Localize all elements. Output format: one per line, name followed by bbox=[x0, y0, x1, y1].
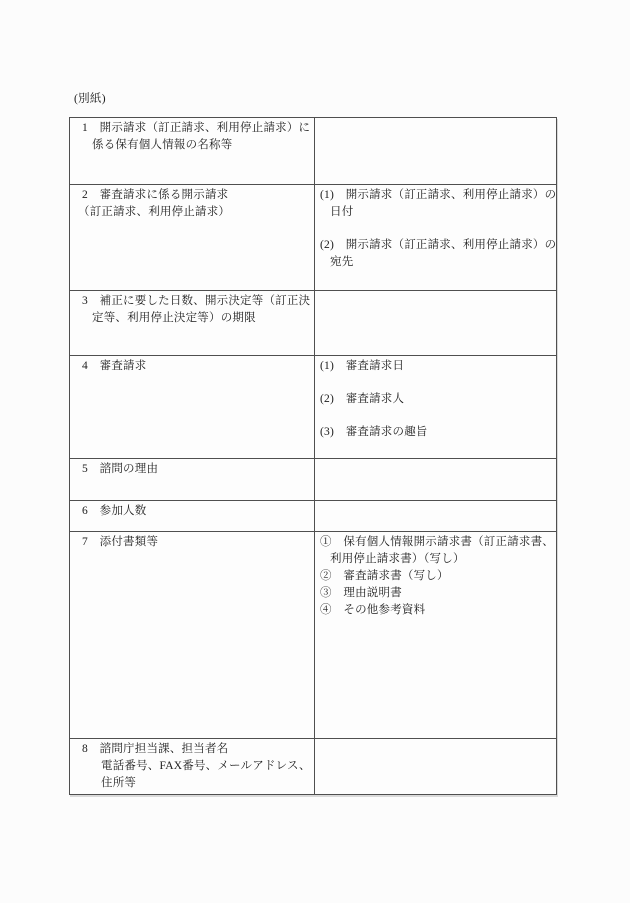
cell-line: (1) 開示請求（訂正請求、利用停止請求）の bbox=[320, 187, 552, 204]
cell-line: 係る保有個人情報の名称等 bbox=[82, 137, 308, 154]
cell-line: 日付 bbox=[320, 204, 552, 221]
value-cell-8 bbox=[315, 739, 557, 795]
cell-line: （訂正請求、利用停止請求） bbox=[78, 204, 308, 221]
cell-line: ② 審査請求書（写し） bbox=[320, 568, 552, 585]
cell-line: 5 諮問の理由 bbox=[82, 461, 308, 478]
item-cell-3: 3 補正に要した日数、開示決定等（訂正決 定等、利用停止決定等）の期限 bbox=[70, 291, 315, 356]
form-table: 1 開示請求（訂正請求、利用停止請求）に 係る保有個人情報の名称等 2 審査請求… bbox=[69, 117, 557, 795]
cell-line: 7 添付書類等 bbox=[82, 534, 308, 551]
cell-line: 2 審査請求に係る開示請求 bbox=[82, 187, 308, 204]
cell-line: 6 参加人数 bbox=[82, 503, 308, 520]
cell-line: 8 諮問庁担当課、担当者名 bbox=[82, 741, 308, 758]
cell-line: ① 保有個人情報開示請求書（訂正請求書、 bbox=[320, 534, 552, 551]
item-cell-5: 5 諮問の理由 bbox=[70, 459, 315, 501]
item-cell-7: 7 添付書類等 bbox=[70, 532, 315, 739]
table-row-5: 5 諮問の理由 bbox=[70, 459, 557, 501]
cell-line: 住所等 bbox=[82, 775, 308, 792]
item-cell-2: 2 審査請求に係る開示請求 （訂正請求、利用停止請求） bbox=[70, 185, 315, 291]
cell-line: (2) 開示請求（訂正請求、利用停止請求）の bbox=[320, 237, 552, 254]
table-row-8: 8 諮問庁担当課、担当者名 電話番号、FAX番号、メールアドレス、 住所等 bbox=[70, 739, 557, 795]
cell-line: 4 審査請求 bbox=[82, 358, 308, 375]
table-row-4: 4 審査請求 (1) 審査請求日 (2) 審査請求人 (3) 審査請求の趣旨 bbox=[70, 356, 557, 459]
cell-line: ④ その他参考資料 bbox=[320, 602, 552, 619]
value-cell-6 bbox=[315, 501, 557, 532]
item-cell-6: 6 参加人数 bbox=[70, 501, 315, 532]
cell-line: 1 開示請求（訂正請求、利用停止請求）に bbox=[82, 120, 308, 137]
value-cell-1 bbox=[315, 118, 557, 185]
cell-line: (3) 審査請求の趣旨 bbox=[320, 424, 552, 441]
value-cell-5 bbox=[315, 459, 557, 501]
value-cell-7: ① 保有個人情報開示請求書（訂正請求書、 利用停止請求書）（写し） ② 審査請求… bbox=[315, 532, 557, 739]
table-row-6: 6 参加人数 bbox=[70, 501, 557, 532]
value-cell-2: (1) 開示請求（訂正請求、利用停止請求）の 日付 (2) 開示請求（訂正請求、… bbox=[315, 185, 557, 291]
cell-line: 宛先 bbox=[320, 254, 552, 271]
cell-line: 電話番号、FAX番号、メールアドレス、 bbox=[82, 758, 308, 775]
item-cell-1: 1 開示請求（訂正請求、利用停止請求）に 係る保有個人情報の名称等 bbox=[70, 118, 315, 185]
attachment-note: (別紙) bbox=[74, 91, 106, 108]
table-row-3: 3 補正に要した日数、開示決定等（訂正決 定等、利用停止決定等）の期限 bbox=[70, 291, 557, 356]
cell-line: (2) 審査請求人 bbox=[320, 391, 552, 408]
value-cell-3 bbox=[315, 291, 557, 356]
cell-line: ③ 理由説明書 bbox=[320, 585, 552, 602]
cell-line: 利用停止請求書）（写し） bbox=[320, 551, 552, 568]
document-page: (別紙) 1 開示請求（訂正請求、利用停止請求）に 係る保有個人情報の名称等 2… bbox=[0, 0, 630, 903]
item-cell-8: 8 諮問庁担当課、担当者名 電話番号、FAX番号、メールアドレス、 住所等 bbox=[70, 739, 315, 795]
table-row-1: 1 開示請求（訂正請求、利用停止請求）に 係る保有個人情報の名称等 bbox=[70, 118, 557, 185]
table-row-2: 2 審査請求に係る開示請求 （訂正請求、利用停止請求） (1) 開示請求（訂正請… bbox=[70, 185, 557, 291]
item-cell-4: 4 審査請求 bbox=[70, 356, 315, 459]
value-cell-4: (1) 審査請求日 (2) 審査請求人 (3) 審査請求の趣旨 bbox=[315, 356, 557, 459]
cell-line: (1) 審査請求日 bbox=[320, 358, 552, 375]
cell-line: 定等、利用停止決定等）の期限 bbox=[82, 310, 308, 327]
cell-line: 3 補正に要した日数、開示決定等（訂正決 bbox=[82, 293, 308, 310]
table-row-7: 7 添付書類等 ① 保有個人情報開示請求書（訂正請求書、 利用停止請求書）（写し… bbox=[70, 532, 557, 739]
